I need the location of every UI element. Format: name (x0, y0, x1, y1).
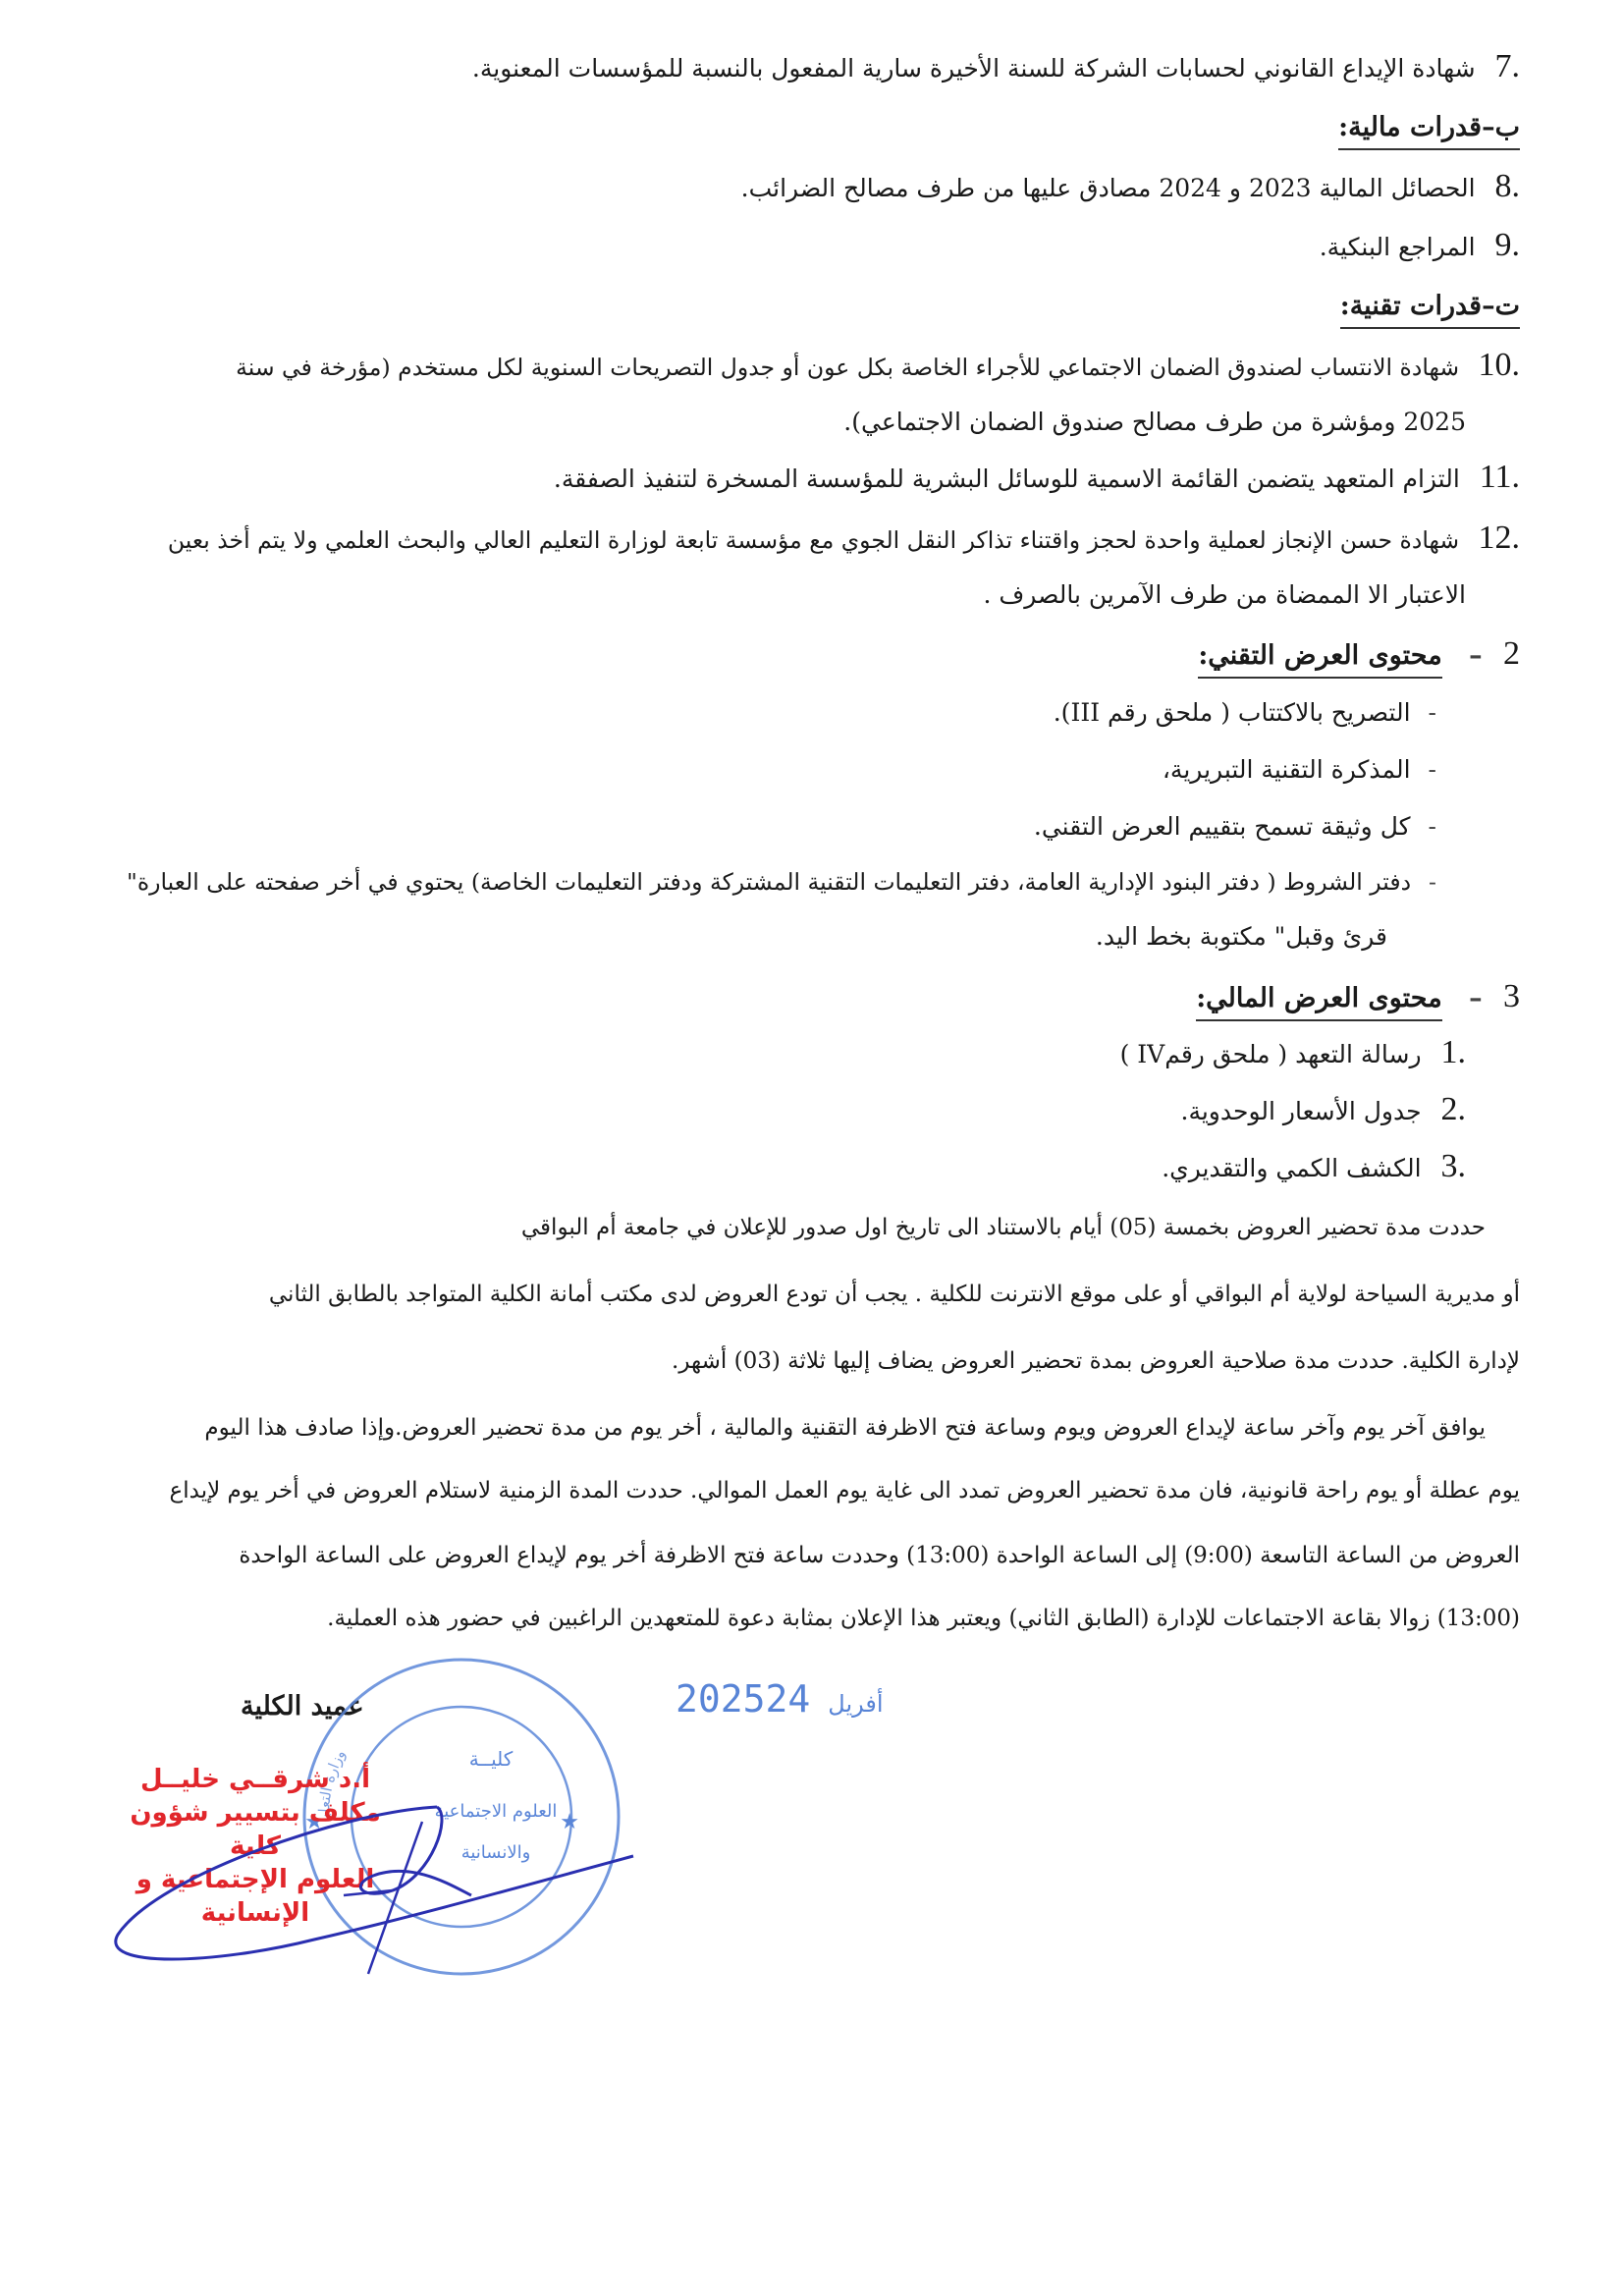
section-heading-financial: ب–قدرات مالية: (1338, 108, 1520, 147)
section-heading-technical-offer: 2 – محتوى العرض التقني: (1198, 634, 1520, 676)
bullet-item: -كل وثيقة تسمح بتقييم العرض التقني. (59, 807, 1436, 847)
bullet-item: -المذكرة التقنية التبريرية، (59, 750, 1436, 790)
list-item-10-cont: 2025 ومؤشرة من طرف مصالح صندوق الضمان ال… (59, 403, 1466, 442)
item-number: 7. (1495, 47, 1521, 86)
paragraph-line: لإدارة الكلية. حددت مدة صلاحية العروض بم… (59, 1341, 1520, 1381)
paragraph-line: حددت مدة تحضير العروض بخمسة (05) أيام با… (59, 1208, 1486, 1247)
paragraph-line: أو مديرية السياحة لولاية أم البواقي أو ع… (59, 1275, 1520, 1314)
list-item-12-cont: الاعتبار الا الممضاة من طرف الآمرين بالص… (59, 575, 1466, 615)
bullet-item: -التصريح بالاكتتاب ( ملحق رقم III). (59, 693, 1436, 733)
item-text: شهادة الإيداع القانوني لحسابات الشركة لل… (472, 54, 1476, 82)
paragraph-line: (13:00) زوالا بقاعة الاجتماعات للإدارة (… (59, 1599, 1520, 1638)
list-item-7: 7. شهادة الإيداع القانوني لحسابات الشركة… (59, 47, 1520, 88)
bullet-item-cont: قرئ وقبل" مكتوبة بخط اليد. (59, 917, 1387, 957)
handwritten-signature-icon (98, 1728, 648, 1984)
list-item-9: 9. المراجع البنكية. (59, 226, 1520, 267)
list-item-11: 11. التزام المتعهد يتضمن القائمة الاسمية… (59, 458, 1520, 499)
bullet-item: -دفتر الشروط ( دفتر البنود الإدارية العا… (59, 862, 1436, 902)
list-item-10: 10. شهادة الانتساب لصندوق الضمان الاجتما… (59, 346, 1520, 387)
document-page: 7. شهادة الإيداع القانوني لحسابات الشركة… (0, 0, 1623, 2296)
paragraph-line: العروض من الساعة التاسعة (9:00) إلى السا… (59, 1536, 1520, 1575)
section-heading-technical: ت–قدرات تقنية: (1340, 287, 1520, 326)
list-item: 2. جدول الأسعار الوحدوية. (59, 1090, 1466, 1131)
paragraph-line: يوافق آخر يوم وآخر ساعة لإيداع العروض وي… (59, 1408, 1486, 1448)
paragraph-line: يوم عطلة أو يوم راحة قانونية، فان مدة تح… (59, 1471, 1520, 1510)
date-stamp: 2025أفريل24 (676, 1677, 901, 1721)
list-item: 1. رسالة التعهد ( ملحق رقمIV ) (59, 1033, 1466, 1074)
list-item-8: 8. الحصائل المالية 2023 و 2024 مصادق علي… (59, 167, 1520, 208)
list-item: 3. الكشف الكمي والتقديري. (59, 1147, 1466, 1188)
list-item-12: 12. شهادة حسن الإنجاز لعملية واحدة لحجز … (59, 519, 1520, 560)
section-heading-financial-offer: 3 – محتوى العرض المالي: (1196, 977, 1520, 1018)
